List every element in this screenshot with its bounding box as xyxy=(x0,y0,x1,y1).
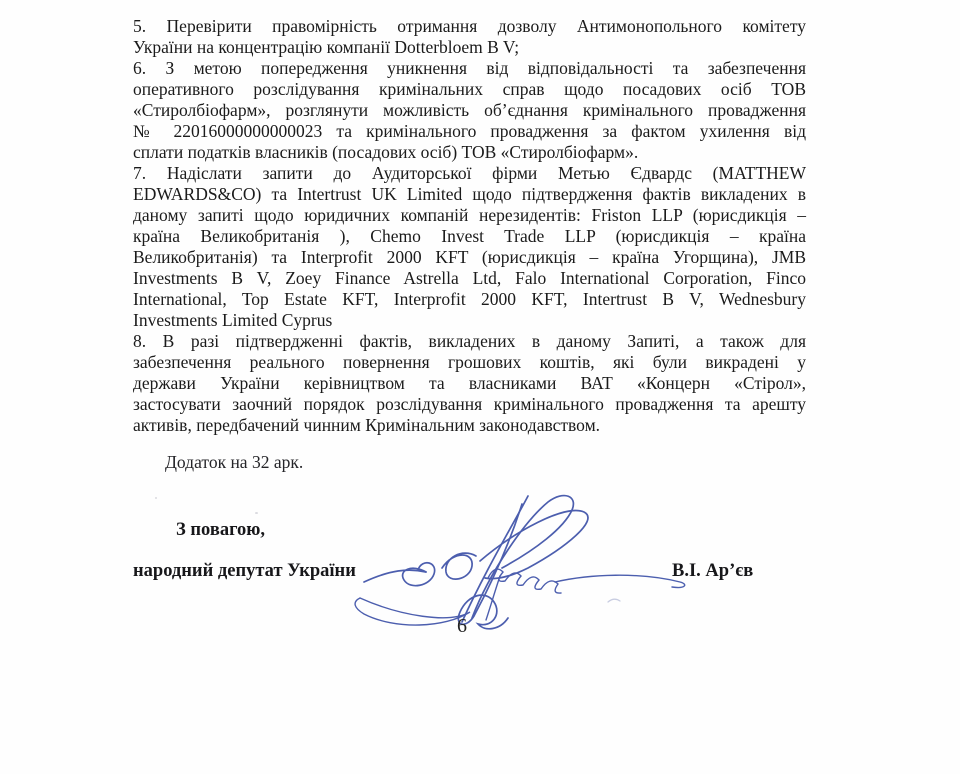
text-line: України на концентрацію компанії Dotterb… xyxy=(133,37,806,58)
text-line: 5. Перевірити правомірність отримання до… xyxy=(133,16,806,37)
text-line: 6. З метою попередження уникнення від ві… xyxy=(133,58,806,79)
text-line: International, Top Estate KFT, Interprof… xyxy=(133,289,806,310)
text-line: держави України керівництвом та власника… xyxy=(133,373,806,394)
text-line: оперативного розслідування кримінальних … xyxy=(133,79,806,100)
text-line: застосувати заочний порядок розслідуванн… xyxy=(133,394,806,415)
text-line: 8. В разі підтвердженні фактів, викладен… xyxy=(133,331,806,352)
text-line: Investments Limited Cyprus xyxy=(133,310,806,331)
text-line: Великобританія) та Interprofit 2000 KFT … xyxy=(133,247,806,268)
text-line: EDWARDS&CO) та Intertrust UK Limited щод… xyxy=(133,184,806,205)
text-line: 7. Надіслати запити до Аудиторської фірм… xyxy=(133,163,806,184)
text-line: активів, передбачений чинним Кримінальни… xyxy=(133,415,806,436)
document-body: 5. Перевірити правомірність отримання до… xyxy=(133,16,806,436)
text-line: країна Великобританія ), Chemo Invest Tr… xyxy=(133,226,806,247)
signer-title: народний депутат України xyxy=(133,561,356,582)
scan-artifact xyxy=(255,512,258,514)
scan-artifact xyxy=(155,497,157,499)
text-line: даному запиті щодо юридичних компаній не… xyxy=(133,205,806,226)
text-line: забезпечення реального повернення грошов… xyxy=(133,352,806,373)
signature-ink xyxy=(350,486,710,638)
document-page: 5. Перевірити правомірність отримання до… xyxy=(0,0,960,774)
attachment-note: Додаток на 32 арк. xyxy=(165,452,303,473)
page-number: 6 xyxy=(440,615,484,638)
text-line: Investments B V, Zoey Finance Astrella L… xyxy=(133,268,806,289)
text-line: № 22016000000000023 та кримінального про… xyxy=(133,121,806,142)
text-line: сплати податків власників (посадових осі… xyxy=(133,142,806,163)
closing-phrase: З повагою, xyxy=(176,520,265,541)
text-line: «Стиролбіофарм», розглянути можливість о… xyxy=(133,100,806,121)
